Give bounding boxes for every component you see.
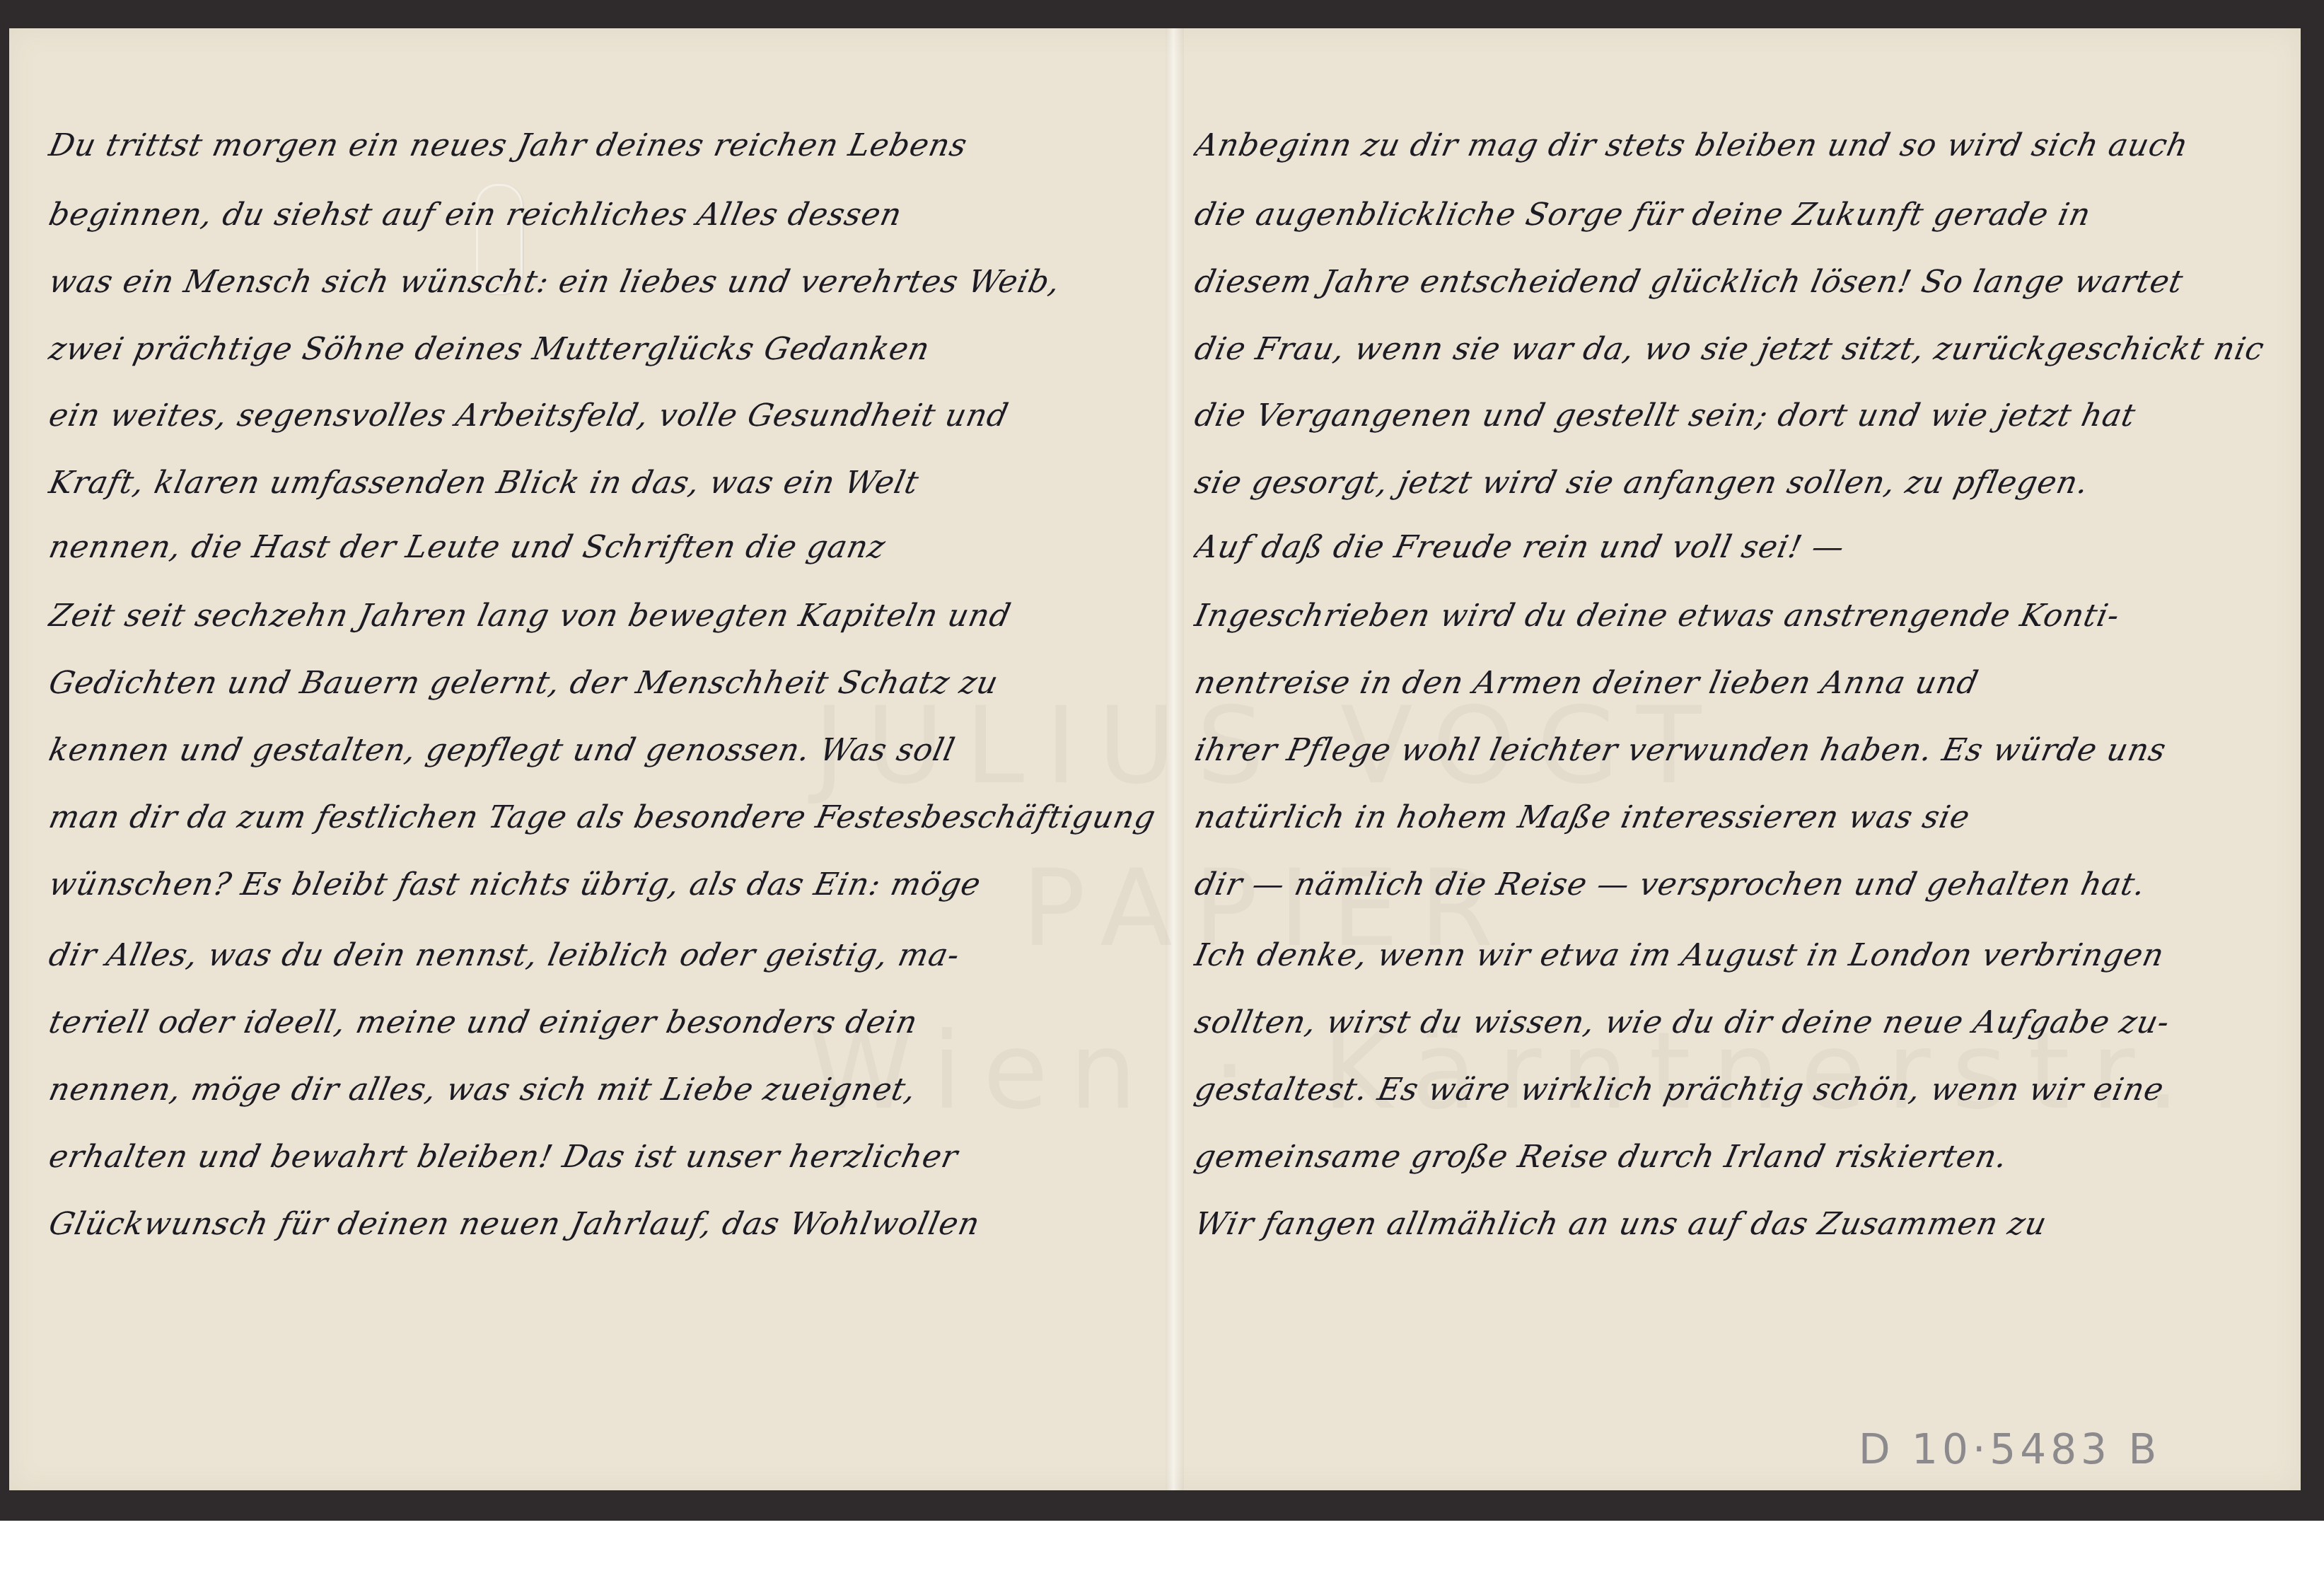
handwritten-line: nennen, möge dir alles, was sich mit Lie… bbox=[46, 1072, 1150, 1108]
archive-number-pencil: D 10·5483 B bbox=[1859, 1425, 2161, 1473]
handwritten-line: Kraft, klaren umfassenden Blick in das, … bbox=[46, 465, 1157, 501]
handwritten-line: dir Alles, was du dein nennst, leiblich … bbox=[46, 937, 1150, 973]
handwritten-line: ein weites, segensvolles Arbeitsfeld, vo… bbox=[46, 398, 1150, 434]
handwritten-line: ihrer Pflege wohl leichter verwunden hab… bbox=[1192, 732, 2267, 768]
handwritten-line: Auf daß die Freude rein und voll sei! — bbox=[1192, 529, 1907, 565]
handwritten-line: wünschen? Es bleibt fast nichts übrig, a… bbox=[46, 866, 1164, 903]
handwritten-line: nentreise in den Armen deiner lieben Ann… bbox=[1192, 665, 2267, 701]
handwritten-line: Anbeginn zu dir mag dir stets bleiben un… bbox=[1192, 127, 2260, 163]
handwritten-line: die augenblickliche Sorge für deine Zuku… bbox=[1192, 197, 2260, 233]
handwritten-line: Wir fangen allmählich an uns auf das Zus… bbox=[1192, 1206, 2204, 1242]
handwritten-line: die Frau, wenn sie war da, wo sie jetzt … bbox=[1192, 331, 2267, 367]
handwritten-line: Glückwunsch für deinen neuen Jahrlauf, d… bbox=[46, 1206, 1157, 1242]
handwritten-line: die Vergangenen und gestellt sein; dort … bbox=[1192, 398, 2267, 434]
handwritten-line: kennen und gestalten, gepflegt und genos… bbox=[46, 732, 1157, 768]
handwritten-line: zwei prächtige Söhne deines Mutterglücks… bbox=[46, 331, 1157, 367]
handwritten-line: teriell oder ideell, meine und einiger b… bbox=[46, 1004, 1150, 1040]
handwritten-line: gestaltest. Es wäre wirklich prächtig sc… bbox=[1192, 1072, 2260, 1108]
handwritten-line: nennen, die Hast der Leute und Schriften… bbox=[46, 529, 1150, 565]
handwritten-line: beginnen, du siehst auf ein reichliches … bbox=[46, 197, 1150, 233]
handwritten-line: sollten, wirst du wissen, wie du dir dei… bbox=[1192, 1004, 2274, 1040]
handwritten-line: dir — nämlich die Reise — versprochen un… bbox=[1192, 866, 2225, 903]
handwritten-line: Ingeschrieben wird du deine etwas anstre… bbox=[1192, 598, 2267, 634]
handwritten-line: erhalten und bewahrt bleiben! Das ist un… bbox=[46, 1139, 1150, 1175]
handwritten-line: man dir da zum festlichen Tage als beson… bbox=[46, 799, 1164, 835]
handwritten-line: was ein Mensch sich wünscht: ein liebes … bbox=[46, 264, 1157, 300]
handwritten-line: gemeinsame große Reise durch Irland risk… bbox=[1192, 1139, 2246, 1175]
handwritten-line: diesem Jahre entscheidend glücklich löse… bbox=[1192, 264, 2267, 300]
handwritten-line: natürlich in hohem Maße interessieren wa… bbox=[1192, 799, 2232, 835]
handwritten-line: Ich denke, wenn wir etwa im August in Lo… bbox=[1192, 937, 2267, 973]
handwritten-line: Du trittst morgen ein neues Jahr deines … bbox=[46, 127, 1150, 163]
handwritten-line: Zeit seit sechzehn Jahren lang von beweg… bbox=[46, 598, 1157, 634]
handwritten-line: sie gesorgt, jetzt wird sie anfangen sol… bbox=[1192, 465, 2190, 501]
handwritten-line: Gedichten und Bauern gelernt, der Mensch… bbox=[46, 665, 1157, 701]
